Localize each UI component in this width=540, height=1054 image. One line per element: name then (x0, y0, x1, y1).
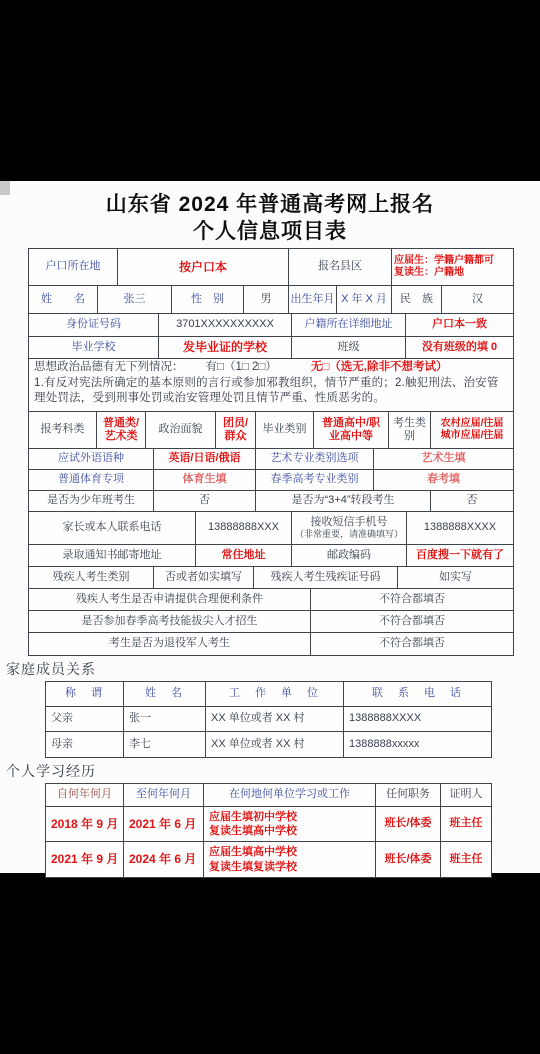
language-value: 英语/日语/俄语 (154, 449, 256, 470)
disability-label: 残疾人考生类别 (29, 567, 154, 589)
family-row-father: 父亲 张一 XX 单位或者 XX 村 1388888XXXX (46, 707, 491, 732)
disability-value: 否或者如实填写 (154, 567, 254, 589)
family-row-mother: 母亲 李七 XX 单位或者 XX 村 1388888xxxxx (46, 732, 491, 757)
political-label: 政治面貌 (146, 412, 216, 449)
study-place-line2: 复读生填高中学校 (209, 824, 297, 838)
sport-label: 普通体育专项 (29, 470, 154, 491)
county-label: 报名县区 (289, 249, 392, 286)
video-frame: 山东省 2024 年普通高考网上报名 个人信息项目表 户口所在地 按户口本 报名… (0, 0, 540, 1054)
study-section-label: 个人学习经历 (6, 761, 540, 781)
row-spring-talent: 是否参加春季高考技能拔尖人才招生 不符合都填否 (29, 611, 513, 633)
sms-label-cell: 接收短信手机号 （非常重要，请准确填写） (292, 512, 407, 545)
addr-value: 户口本一致 (406, 314, 513, 337)
class-label: 班级 (292, 337, 406, 359)
study-from: 2018 年 9 月 (46, 807, 124, 842)
form-title-line2: 个人信息项目表 (0, 218, 540, 245)
zip-label: 邮政编码 (292, 545, 407, 567)
study-header-from: 自何年何月 (46, 784, 124, 807)
phone-value: 13888888XXX (196, 512, 292, 545)
id-value: 3701XXXXXXXXXX (159, 314, 292, 337)
family-header-row: 称 谓 姓 名 工 作 单 位 联 系 电 话 (46, 682, 491, 707)
row-person: 姓 名 张三 性 别 男 出生年月 X 年 X 月 民 族 汉 (29, 286, 513, 314)
family-name: 李七 (124, 732, 206, 757)
political-value: 团员/ 群众 (216, 412, 256, 449)
study-header-witness: 证明人 (441, 784, 491, 807)
study-to: 2024 年 6 月 (124, 842, 204, 877)
moral-yes-option: 有□（1□ 2□） (206, 361, 277, 375)
row-phone: 家长或本人联系电话 13888888XXX 接收短信手机号 （非常重要，请准确填… (29, 512, 513, 545)
moral-question: 思想政治品德有无下列情况： (34, 361, 184, 375)
page-corner-artifact (0, 181, 10, 195)
veteran-value: 不符合都填否 (311, 633, 513, 655)
hukou-label: 户口所在地 (29, 249, 118, 286)
hukou-value: 按户口本 (118, 249, 289, 286)
study-duty: 班长/体委 (376, 842, 441, 877)
family-phone: 1388888xxxxx (344, 732, 491, 757)
zip-value: 百度搜一下就有了 (407, 545, 513, 567)
candidate-type-line2: 城市应届/往届 (441, 430, 504, 442)
transfer-value: 否 (431, 491, 513, 512)
family-section-label: 家庭成员关系 (6, 659, 540, 679)
family-phone: 1388888XXXX (344, 707, 491, 732)
study-place-line2: 复读生填复读学校 (209, 860, 297, 874)
political-value-line1: 团员/ (223, 417, 248, 430)
graduate-type-line2: 业高中等 (329, 430, 373, 443)
school-value: 发毕业证的学校 (159, 337, 292, 359)
graduate-type-label: 毕业类别 (256, 412, 314, 449)
study-header-place: 在何地何单位学习或工作 (204, 784, 376, 807)
row-moral: 思想政治品德有无下列情况： 有□（1□ 2□） 无□（选无,除非不想考试） 1.… (29, 359, 513, 412)
veteran-label: 考生是否为退役军人考生 (29, 633, 311, 655)
phone-label: 家长或本人联系电话 (29, 512, 196, 545)
school-label: 毕业学校 (29, 337, 159, 359)
row-school: 毕业学校 发毕业证的学校 班级 没有班级的填 0 (29, 337, 513, 359)
row-id-number: 身份证号码 3701XXXXXXXXXX 户籍所在详细地址 户口本一致 (29, 314, 513, 337)
birth-value: X 年 X 月 (337, 286, 392, 314)
id-label: 身份证号码 (29, 314, 159, 337)
family-header-phone: 联 系 电 话 (344, 682, 491, 707)
language-label: 应试外语语种 (29, 449, 154, 470)
hukou-notes: 应届生：学籍户籍都可 复读生：户籍地 (392, 249, 513, 286)
category-value: 普通类/ 艺术类 (97, 412, 146, 449)
graduate-type-line1: 普通高中/职 (322, 417, 380, 430)
category-value-line2: 艺术类 (105, 430, 138, 443)
family-workplace: XX 单位或者 XX 村 (206, 732, 344, 757)
row-hukou: 户口所在地 按户口本 报名县区 应届生：学籍户籍都可 复读生：户籍地 (29, 249, 513, 286)
form-title-line1: 山东省 2024 年普通高考网上报名 (0, 191, 540, 218)
birth-label: 出生年月 (289, 286, 337, 314)
family-relation: 父亲 (46, 707, 124, 732)
category-label: 报考科类 (29, 412, 97, 449)
spring-talent-label: 是否参加春季高考技能拔尖人才招生 (29, 611, 311, 633)
moral-no-option: 无□（选无,除非不想考试） (311, 361, 448, 375)
study-to: 2021 年 6 月 (124, 807, 204, 842)
convenience-value: 不符合都填否 (311, 589, 513, 611)
family-relation: 母亲 (46, 732, 124, 757)
moral-detail: 1.有反对宪法所确定的基本原则的言行或参加邪教组织，情节严重的；2.触犯刑法、治… (34, 376, 508, 407)
row-language: 应试外语语种 英语/日语/俄语 艺术专业类别选项 艺术生填 (29, 449, 513, 470)
study-row-2: 2021 年 9 月 2024 年 6 月 应届生填高中学校 复读生填复读学校 … (46, 842, 491, 877)
addr-label: 户籍所在详细地址 (292, 314, 406, 337)
sms-note: （非常重要，请准确填写） (295, 529, 403, 540)
study-witness: 班主任 (441, 842, 491, 877)
hukou-note2: 复读生：户籍地 (394, 267, 464, 279)
sport-value: 体育生填 (154, 470, 256, 491)
study-place: 应届生填高中学校 复读生填复读学校 (204, 842, 376, 877)
spring-talent-value: 不符合都填否 (311, 611, 513, 633)
mail-value: 常住地址 (196, 545, 292, 567)
study-place-line1: 应届生填初中学校 (209, 810, 297, 824)
study-header-duty: 任何职务 (376, 784, 441, 807)
sms-value: 1388888XXXX (407, 512, 513, 545)
art-category-label: 艺术专业类别选项 (256, 449, 374, 470)
art-category-value: 艺术生填 (374, 449, 513, 470)
row-veteran: 考生是否为退役军人考生 不符合都填否 (29, 633, 513, 655)
gender-value: 男 (244, 286, 289, 314)
category-value-line1: 普通类/ (103, 417, 139, 430)
row-convenience: 残疾人考生是否申请提供合理便利条件 不符合都填否 (29, 589, 513, 611)
row-sport: 普通体育专项 体育生填 春季高考专业类别 春考填 (29, 470, 513, 491)
ethnic-label: 民 族 (392, 286, 442, 314)
juvenile-value: 否 (154, 491, 256, 512)
juvenile-label: 是否为少年班考生 (29, 491, 154, 512)
personal-info-table: 户口所在地 按户口本 报名县区 应届生：学籍户籍都可 复读生：户籍地 姓 名 张… (28, 248, 514, 656)
spring-major-value: 春考填 (374, 470, 513, 491)
study-table: 自何年何月 至何年何月 在何地何单位学习或工作 任何职务 证明人 2018 年 … (45, 783, 492, 878)
candidate-type-label: 考生类别 (389, 412, 431, 449)
hukou-note1: 应届生：学籍户籍都可 (394, 255, 494, 267)
spring-major-label: 春季高考专业类别 (256, 470, 374, 491)
form-document-page: 山东省 2024 年普通高考网上报名 个人信息项目表 户口所在地 按户口本 报名… (0, 181, 540, 873)
family-header-relation: 称 谓 (46, 682, 124, 707)
sms-label: 接收短信手机号 (311, 516, 388, 529)
study-duty: 班长/体委 (376, 807, 441, 842)
row-mail: 录取通知书邮寄地址 常住地址 邮政编码 百度搜一下就有了 (29, 545, 513, 567)
study-row-1: 2018 年 9 月 2021 年 6 月 应届生填初中学校 复读生填高中学校 … (46, 807, 491, 842)
form-title: 山东省 2024 年普通高考网上报名 个人信息项目表 (0, 191, 540, 245)
row-disability: 残疾人考生类别 否或者如实填写 残疾人考生残疾证号码 如实写 (29, 567, 513, 589)
disability-cert-label: 残疾人考生残疾证号码 (254, 567, 398, 589)
family-header-name: 姓 名 (124, 682, 206, 707)
graduate-type-value: 普通高中/职 业高中等 (314, 412, 389, 449)
row-category: 报考科类 普通类/ 艺术类 政治面貌 团员/ 群众 毕业类别 普通高中/职 业高… (29, 412, 513, 449)
disability-cert-value: 如实写 (398, 567, 513, 589)
study-place: 应届生填初中学校 复读生填高中学校 (204, 807, 376, 842)
name-label: 姓 名 (29, 286, 98, 314)
family-name: 张一 (124, 707, 206, 732)
study-header-to: 至何年何月 (124, 784, 204, 807)
family-workplace: XX 单位或者 XX 村 (206, 707, 344, 732)
moral-cell: 思想政治品德有无下列情况： 有□（1□ 2□） 无□（选无,除非不想考试） 1.… (29, 359, 513, 412)
ethnic-value: 汉 (442, 286, 513, 314)
moral-question-line: 思想政治品德有无下列情况： 有□（1□ 2□） 无□（选无,除非不想考试） (34, 361, 508, 375)
name-value: 张三 (98, 286, 172, 314)
political-value-line2: 群众 (225, 430, 247, 443)
family-table: 称 谓 姓 名 工 作 单 位 联 系 电 话 父亲 张一 XX 单位或者 XX… (45, 681, 492, 758)
row-juvenile: 是否为少年班考生 否 是否为“3+4”转段考生 否 (29, 491, 513, 512)
study-witness: 班主任 (441, 807, 491, 842)
convenience-label: 残疾人考生是否申请提供合理便利条件 (29, 589, 311, 611)
family-header-workplace: 工 作 单 位 (206, 682, 344, 707)
gender-label: 性 别 (172, 286, 244, 314)
transfer-label: 是否为“3+4”转段考生 (256, 491, 431, 512)
study-from: 2021 年 9 月 (46, 842, 124, 877)
study-place-line1: 应届生填高中学校 (209, 845, 297, 859)
class-value: 没有班级的填 0 (406, 337, 513, 359)
candidate-type-value: 农村应届/往届 城市应届/往届 (431, 412, 513, 449)
candidate-type-line1: 农村应届/往届 (441, 418, 504, 430)
study-header-row: 自何年何月 至何年何月 在何地何单位学习或工作 任何职务 证明人 (46, 784, 491, 807)
mail-label: 录取通知书邮寄地址 (29, 545, 196, 567)
